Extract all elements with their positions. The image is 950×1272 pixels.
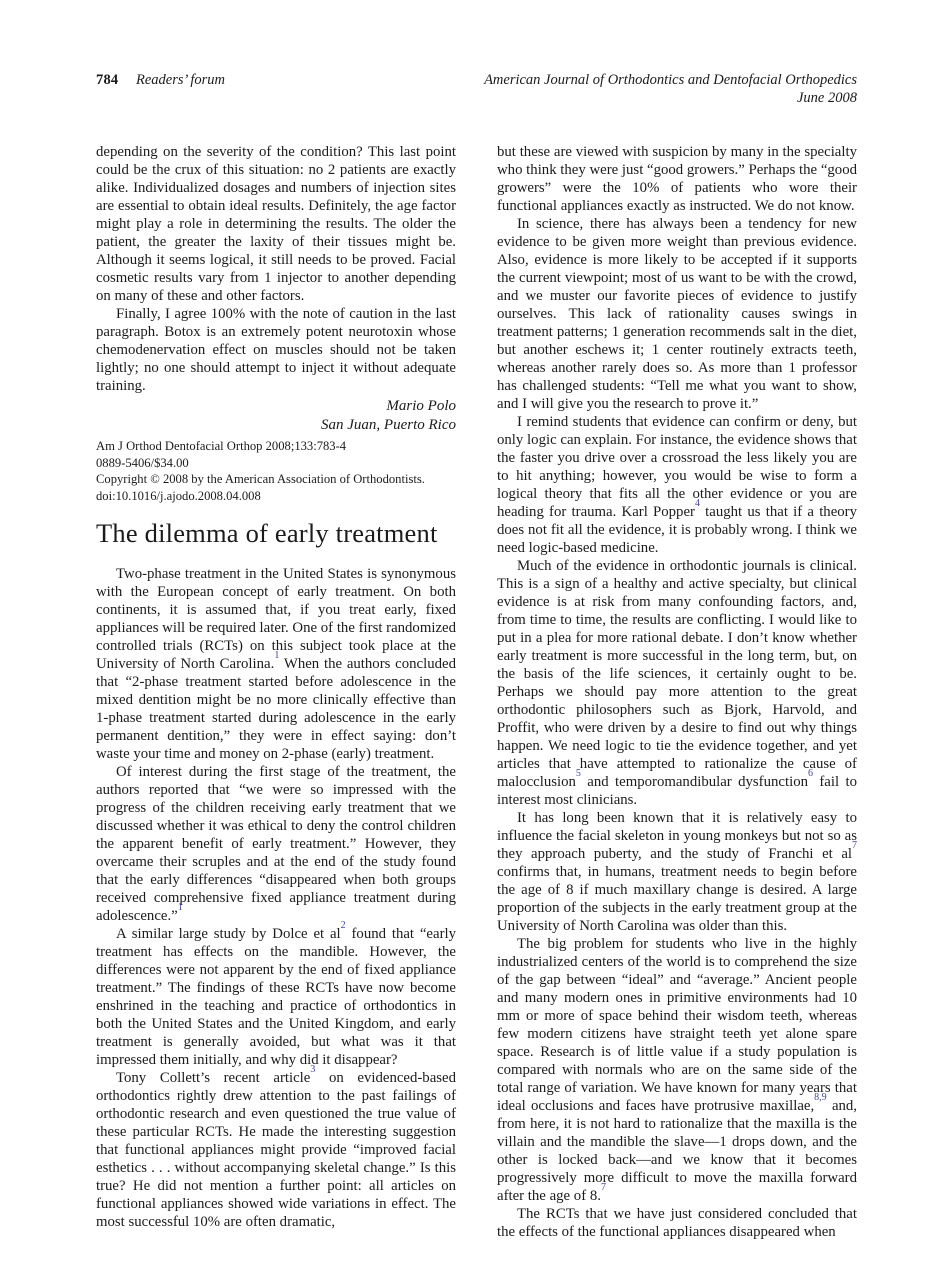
page-number: 784 bbox=[96, 72, 118, 88]
left-column: depending on the severity of the conditi… bbox=[96, 143, 456, 1241]
reference-link[interactable]: 2 bbox=[341, 920, 346, 931]
citation-block: Am J Orthod Dentofacial Orthop 2008;133:… bbox=[96, 438, 456, 504]
letter-paragraph: depending on the severity of the conditi… bbox=[96, 143, 456, 305]
article-paragraph: Two-phase treatment in the United States… bbox=[96, 565, 456, 763]
article-paragraph: It has long been known that it is relati… bbox=[497, 809, 857, 935]
article-title: The dilemma of early treatment bbox=[96, 518, 456, 548]
reference-link[interactable]: 4 bbox=[695, 498, 700, 509]
article-paragraph: In science, there has always been a tend… bbox=[497, 215, 857, 413]
article-paragraph: The RCTs that we have just considered co… bbox=[497, 1205, 857, 1241]
reference-link[interactable]: 6 bbox=[808, 768, 813, 779]
reference-link[interactable]: 3 bbox=[310, 1064, 315, 1075]
reference-link[interactable]: 7 bbox=[852, 840, 857, 851]
citation-issn-price: 0889-5406/$34.00 bbox=[96, 455, 456, 472]
two-column-body: depending on the severity of the conditi… bbox=[96, 143, 857, 1241]
article-paragraph: Of interest during the first stage of th… bbox=[96, 763, 456, 925]
reference-link[interactable]: 1 bbox=[274, 650, 279, 661]
section-title: Readers’ forum bbox=[136, 72, 225, 88]
reference-link[interactable]: 8,9 bbox=[814, 1092, 827, 1103]
article-paragraph: but these are viewed with suspicion by m… bbox=[497, 143, 857, 215]
reference-link[interactable]: 7 bbox=[601, 1182, 606, 1193]
right-column: but these are viewed with suspicion by m… bbox=[497, 143, 857, 1241]
journal-title: American Journal of Orthodontics and Den… bbox=[484, 73, 857, 89]
running-head-right: American Journal of Orthodontics and Den… bbox=[484, 73, 857, 106]
article-paragraph: Tony Collett’s recent article3 on eviden… bbox=[96, 1069, 456, 1231]
reference-link[interactable]: 5 bbox=[576, 768, 581, 779]
running-head: 784 Readers’ forum American Journal of O… bbox=[96, 73, 857, 106]
article-paragraph: A similar large study by Dolce et al2 fo… bbox=[96, 925, 456, 1069]
issue-date: June 2008 bbox=[484, 91, 857, 107]
journal-page: 784 Readers’ forum American Journal of O… bbox=[0, 0, 950, 1241]
article-paragraph: The big problem for students who live in… bbox=[497, 935, 857, 1205]
article-paragraph: Much of the evidence in orthodontic jour… bbox=[497, 557, 857, 809]
running-head-left: 784 Readers’ forum bbox=[96, 73, 225, 89]
article-paragraph: I remind students that evidence can conf… bbox=[497, 413, 857, 557]
signature-block: Mario Polo San Juan, Puerto Rico bbox=[96, 397, 456, 435]
citation-doi: doi:10.1016/j.ajodo.2008.04.008 bbox=[96, 488, 456, 505]
signature-author: Mario Polo bbox=[96, 397, 456, 416]
citation-reference: Am J Orthod Dentofacial Orthop 2008;133:… bbox=[96, 438, 456, 455]
letter-paragraph: Finally, I agree 100% with the note of c… bbox=[96, 305, 456, 395]
signature-location: San Juan, Puerto Rico bbox=[96, 416, 456, 435]
citation-copyright: Copyright © 2008 by the American Associa… bbox=[96, 471, 456, 488]
reference-link[interactable]: 1 bbox=[178, 902, 183, 913]
